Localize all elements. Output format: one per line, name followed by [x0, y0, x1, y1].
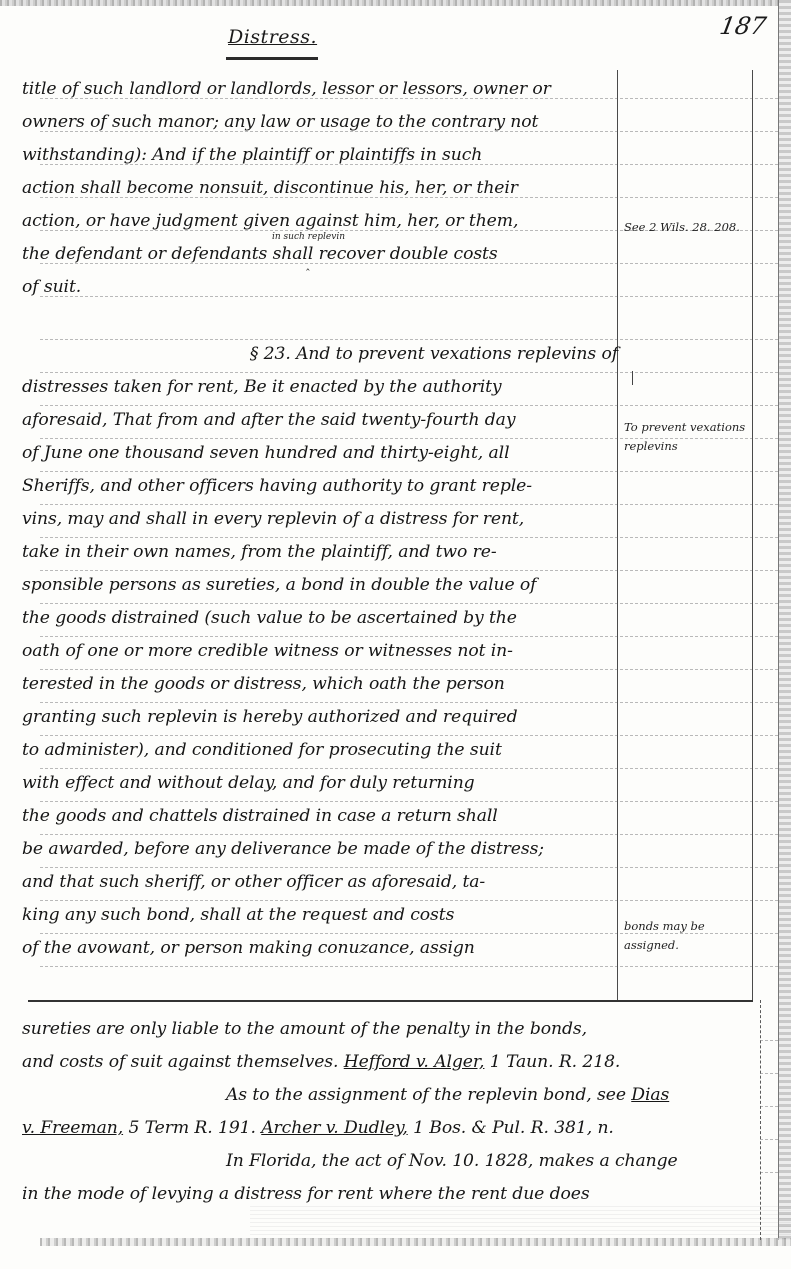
section-heading-line: § 23. And to prevent vexations replevins… — [22, 343, 618, 365]
text-line: and that such sheriff, or other officer … — [22, 871, 618, 893]
text-line: of suit. — [22, 276, 618, 298]
scan-bottom-edge — [40, 1238, 791, 1246]
case-citation-archer: Archer v. Dudley, — [261, 1118, 407, 1138]
ruled-line — [40, 702, 778, 703]
case-citation-freeman: v. Freeman, — [22, 1118, 123, 1138]
ruled-line — [760, 1073, 778, 1074]
footnote-line: v. Freeman, 5 Term R. 191. Archer v. Dud… — [22, 1117, 782, 1139]
text-line: with effect and without delay, and for d… — [22, 772, 618, 794]
title-underline — [226, 57, 318, 60]
text-line: owners of such manor; any law or usage t… — [22, 111, 618, 133]
ruled-line — [40, 669, 778, 670]
ruled-line — [40, 735, 778, 736]
margin-note-citation: See 2 Wils. 28. 208. — [624, 218, 752, 237]
text-line: terested in the goods or distress, which… — [22, 673, 618, 695]
citation-ref: 1 Taun. R. 218. — [490, 1052, 620, 1072]
citation-ref: 1 Bos. & Pul. R. 381, n. — [413, 1118, 614, 1138]
citation-ref: 5 Term R. 191. — [128, 1118, 255, 1138]
footnote-line: In Florida, the act of Nov. 10. 1828, ma… — [226, 1150, 746, 1172]
text-line: king any such bond, shall at the request… — [22, 904, 618, 926]
ruled-line — [40, 834, 778, 835]
margin-note-vexatious-replevins: To prevent vexations replevins — [624, 418, 752, 456]
ruled-line — [40, 339, 778, 340]
text-line: of the avowant, or person making conuzan… — [22, 937, 618, 959]
footnote-line: As to the assignment of the replevin bon… — [226, 1084, 746, 1106]
ruled-line — [760, 1106, 778, 1107]
text-line: of June one thousand seven hundred and t… — [22, 442, 618, 464]
text-line: the goods distrained (such value to be a… — [22, 607, 618, 629]
insertion-caret: ‸ — [306, 258, 310, 271]
footnote-line: and costs of suit against themselves. He… — [22, 1051, 782, 1073]
margin-note-bonds-assigned: bonds may be assigned. — [624, 917, 752, 955]
footnote-line: sureties are only liable to the amount o… — [22, 1018, 782, 1040]
ruled-line — [40, 867, 778, 868]
ruled-line — [40, 471, 778, 472]
ruled-line — [40, 504, 778, 505]
ruled-line — [40, 405, 778, 406]
text-line: Sheriffs, and other officers having auth… — [22, 475, 618, 497]
text-line: sponsible persons as sureties, a bond in… — [22, 574, 618, 596]
ruled-line — [40, 801, 778, 802]
text-line: oath of one or more credible witness or … — [22, 640, 618, 662]
footnote-text: As to the assignment of the replevin bon… — [226, 1085, 626, 1105]
text-line: granting such replevin is hereby authori… — [22, 706, 618, 728]
text-line: title of such landlord or landlords, les… — [22, 78, 618, 100]
text-line: vins, may and shall in every replevin of… — [22, 508, 618, 530]
ruled-line — [760, 1040, 778, 1041]
ruled-line — [40, 372, 778, 373]
text-line: take in their own names, from the plaint… — [22, 541, 618, 563]
manuscript-page: Distress. 187 title of such landlord or … — [0, 0, 791, 1269]
text-line: distresses taken for rent, Be it enacted… — [22, 376, 618, 398]
footnote-line: in the mode of levying a distress for re… — [22, 1183, 782, 1205]
ruled-line — [40, 768, 778, 769]
text-line: action, or have judgment given against h… — [22, 210, 618, 232]
text-line: the defendant or defendants shall recove… — [22, 243, 618, 265]
ruled-line — [40, 603, 778, 604]
ruled-line — [40, 636, 778, 637]
text-line: action shall become nonsuit, discontinue… — [22, 177, 618, 199]
footnote-text: and costs of suit against themselves. — [22, 1052, 338, 1072]
ruled-line — [40, 966, 778, 967]
ruled-line — [40, 537, 778, 538]
scan-bottom-haze — [250, 1205, 791, 1239]
page-number: 187 — [718, 12, 769, 40]
ruled-line — [760, 1172, 778, 1173]
text-line: the goods and chattels distrained in cas… — [22, 805, 618, 827]
text-line: to administer), and conditioned for pros… — [22, 739, 618, 761]
page-title: Distress. — [228, 26, 317, 48]
ruled-line — [40, 900, 778, 901]
case-citation-hefford: Hefford v. Alger, — [344, 1052, 485, 1072]
margin-tick-mark — [632, 371, 633, 385]
margin-column-right-rule — [752, 70, 753, 1000]
footnote-divider — [28, 1000, 753, 1002]
text-line: withstanding): And if the plaintiff or p… — [22, 144, 618, 166]
ruled-line — [760, 1139, 778, 1140]
case-citation-dias: Dias — [631, 1085, 669, 1105]
interlineation: in such replevin — [272, 232, 345, 242]
text-line: aforesaid, That from and after the said … — [22, 409, 618, 431]
scan-top-edge — [0, 0, 791, 6]
ruled-line — [40, 570, 778, 571]
text-line: be awarded, before any deliverance be ma… — [22, 838, 618, 860]
